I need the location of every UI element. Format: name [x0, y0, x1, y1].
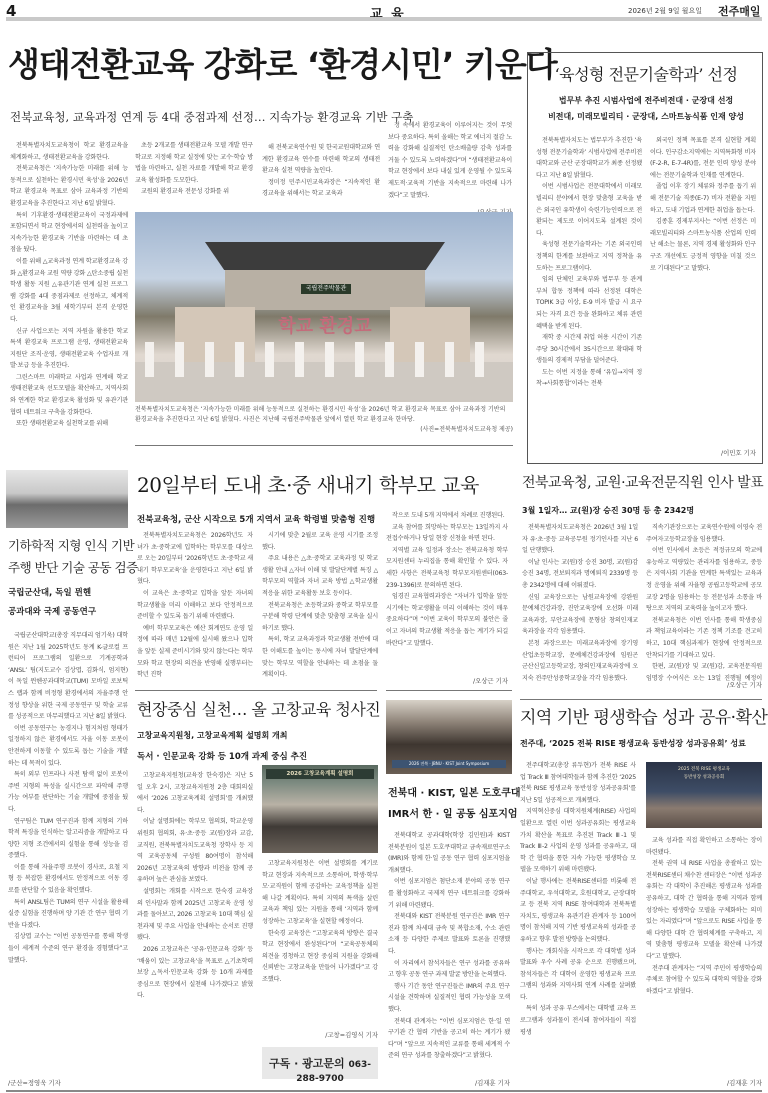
- rise-group-photo: 2025 전북 RISE 평생교육 동반성장 성과공유회: [646, 762, 762, 828]
- lead-photo-caption: 전북특별자치도교육청은 ‘지속가능한 미래를 위해 능동적으로 실천하는 환경시…: [135, 405, 513, 425]
- museum-sign: 국립전주박물관: [301, 284, 351, 294]
- rise-body-col2: 교육 성과를 직접 확인하고 소통하는 장이 마련됐다. 전북 권역 내 RIS…: [646, 835, 762, 1075]
- geometry-headline-2: 주행 반단 기술 공동 검증: [8, 562, 138, 575]
- divider: [520, 699, 762, 700]
- lead-body-col3: 해 전북교육연수원 및 한국교원대학교와 연계한 환경교육 연수를 마련해 학교…: [262, 142, 380, 202]
- parent-ed-subhead: 전북교육청, 군산 시작으로 5개 지역서 교육 학령별 맞춤형 진행: [137, 513, 375, 525]
- boxed-body-col1: 전북특별자치도는 법무부가 추진한 ‘육성형 전문기술학과’ 시범사업에 전주비…: [536, 135, 642, 455]
- ad-label: 구독 · 광고문의: [269, 1057, 345, 1070]
- masthead: 4 교 육 2026년 2월 9일 월요일 전주매일: [0, 0, 768, 22]
- masthead-rule: [6, 17, 762, 21]
- rise-headline: 지역 기반 평생학습 성과 공유·확산: [520, 710, 767, 727]
- gochang-body-col2: 고창교육지원청은 이번 설명회를 계기로 학교 현장과 지속적으로 소통하며, …: [262, 858, 378, 1028]
- parent-ed-body-col1: 전북특별자치도교육청은 2026학년도 자녀가 초·중학교에 입학하는 학부모를…: [137, 530, 253, 678]
- performing-students: [145, 342, 505, 377]
- geometry-body: 국립군산대학교(총장 직무대리 엄기욱) 대학원은 지난 1월 2025학년도 …: [8, 630, 128, 1078]
- gochang-photo: 2026 고창교육계획 설명회: [262, 765, 378, 853]
- boxed-body-col2: 외국인 정책 목표를 본격 실현할 계획이다. 인구감소지역에는 지역특화형 비…: [650, 135, 756, 435]
- parent-ed-headline: 20일부터 도내 초·중 새내기 학부모 교육: [137, 475, 479, 495]
- subscription-ad: 구독 · 광고문의 063-288-9700: [262, 1047, 378, 1079]
- geometry-subhead-2: 공과대와 국제 공동연구: [8, 605, 96, 617]
- rise-stage-banner: 2025 전북 RISE 평생교육 동반성장 성과공유회: [676, 766, 732, 782]
- geometry-group-photo: [6, 470, 128, 528]
- personnel-body-col1: 전북특별자치도교육청은 2026년 3월 1일자 유·초·중등 교육공무원 정기…: [522, 522, 638, 682]
- personnel-subhead: 3월 1일자… 교(원)장 승진 30명 등 총 2342명: [522, 505, 694, 516]
- lead-subhead: 전북교육청, 교육과정 연계 등 4대 중점과제 선정… 지속가능 환경교육 기…: [10, 110, 413, 125]
- gochang-banner: 2026 고창교육계획 설명회: [266, 769, 374, 779]
- personnel-byline: /오상근 기자: [646, 680, 762, 689]
- jbnu-body: 전북대학교 공과대학(학장 김민원)과 KIST 전북분원이 일본 도호쿠대학교…: [388, 830, 510, 1080]
- footer-rule: [6, 1090, 762, 1092]
- geometry-headline-1: 기하학적 지형 인식 기반: [8, 540, 134, 553]
- boxed-article: ‘육성형 전문기술학과’ 선정 법무부 추진 시범사업에 전주비전대 · 군장대…: [527, 52, 763, 464]
- pavilion-roof: [205, 242, 445, 270]
- parent-ed-body-col2: 시기에 맞춘 2월로 교육 운영 시기를 조정했다. 주요 내용은 △초·중학교…: [262, 530, 378, 678]
- gochang-body-col1: 고창교육지원청(교육장 한숙경)은 지난 5일 오후 2시, 고창교육지원청 2…: [137, 770, 253, 1080]
- gochang-subhead-2: 독서 · 인문교육 강화 등 10개 과제 중심 추진: [137, 750, 307, 762]
- geometry-subhead-1: 국립군산대, 독일 뮌헨: [8, 586, 91, 598]
- divider: [135, 445, 513, 446]
- gochang-headline: 현장중심 실천… 올 고창교육 청사진: [137, 702, 380, 718]
- boxed-byline: /이민호 기자: [650, 448, 756, 457]
- issue-date: 2026년 2월 9일 월요일: [628, 6, 702, 16]
- boxed-subhead-2: 비전대, 미래모빌리티 · 군장대, 스마트농식품 인재 양성: [528, 111, 764, 122]
- divider: [135, 690, 377, 691]
- jbnu-headline-2: IMR서 한 · 일 공동 심포지엄: [388, 805, 518, 820]
- rise-byline: /김재훈 기자: [646, 1078, 762, 1087]
- jbnu-headline-1: 전북대 · KIST, 일본 도호쿠대: [388, 784, 521, 799]
- personnel-body-col2: 직속기관장으로는 교육연수원에 이영숙 전주여자고등학교장을 임용했다. 이번 …: [646, 522, 762, 682]
- gochang-byline: /고창=김영식 기자: [262, 1030, 378, 1039]
- geometry-byline: /군산=정영욱 기자: [8, 1078, 128, 1087]
- personnel-headline: 전북교육청, 교원·교육전문직원 인사 발표: [522, 476, 763, 490]
- lead-photo-credit: (사진=전북특별자치도교육청 제공): [135, 425, 513, 435]
- boxed-headline: ‘육성형 전문기술학과’ 선정: [528, 67, 764, 83]
- parent-ed-byline: /오상근 기자: [386, 676, 508, 685]
- symposium-banner: 2026 전북 · JBNU · KIST Joint Symposium: [392, 760, 506, 768]
- lead-headline: 생태전환교육 강화로 ‘환경시민’ 키운다: [8, 48, 557, 81]
- jbnu-byline: /김재훈 기자: [388, 1078, 510, 1087]
- divider: [386, 690, 512, 691]
- lead-body-col4: 정 속에서 환경교육이 이루어지는 것이 무엇보다 중요하다. 특히 올해는 학…: [388, 120, 512, 210]
- boxed-subhead-1: 법무부 추진 시범사업에 전주비전대 · 군장대 선정: [528, 95, 764, 106]
- rise-body-col1: 전주대학교(총장 류두현)가 전북 RISE 사업 Track Ⅲ 참여대학들과…: [520, 760, 636, 1080]
- parent-ed-body-col3: 작으로 도내 5개 지역에서 차례로 진행된다. 교육 참여를 희망하는 학부모…: [386, 510, 508, 660]
- gochang-subhead-1: 고창교육지원청, 고창교육계획 설명회 개최: [137, 730, 288, 741]
- lead-photo: 국립전주박물관 학교 환경교육: [135, 212, 513, 402]
- lead-body-col1: 전북특별자치도교육청이 학교 환경교육을 체계화하고, 생태전환교육을 강화한다…: [10, 140, 128, 465]
- lead-body-col2: 초등 2개교를 생태전환교육 모델 개발 연구학교로 지정해 학교 실정에 맞는…: [135, 140, 253, 200]
- rise-subhead: 전주대, ‘2025 전북 RISE 평생교육 동반성장 성과공유회’ 성료: [520, 738, 746, 749]
- jbnu-group-photo: 2026 전북 · JBNU · KIST Joint Symposium: [386, 700, 512, 774]
